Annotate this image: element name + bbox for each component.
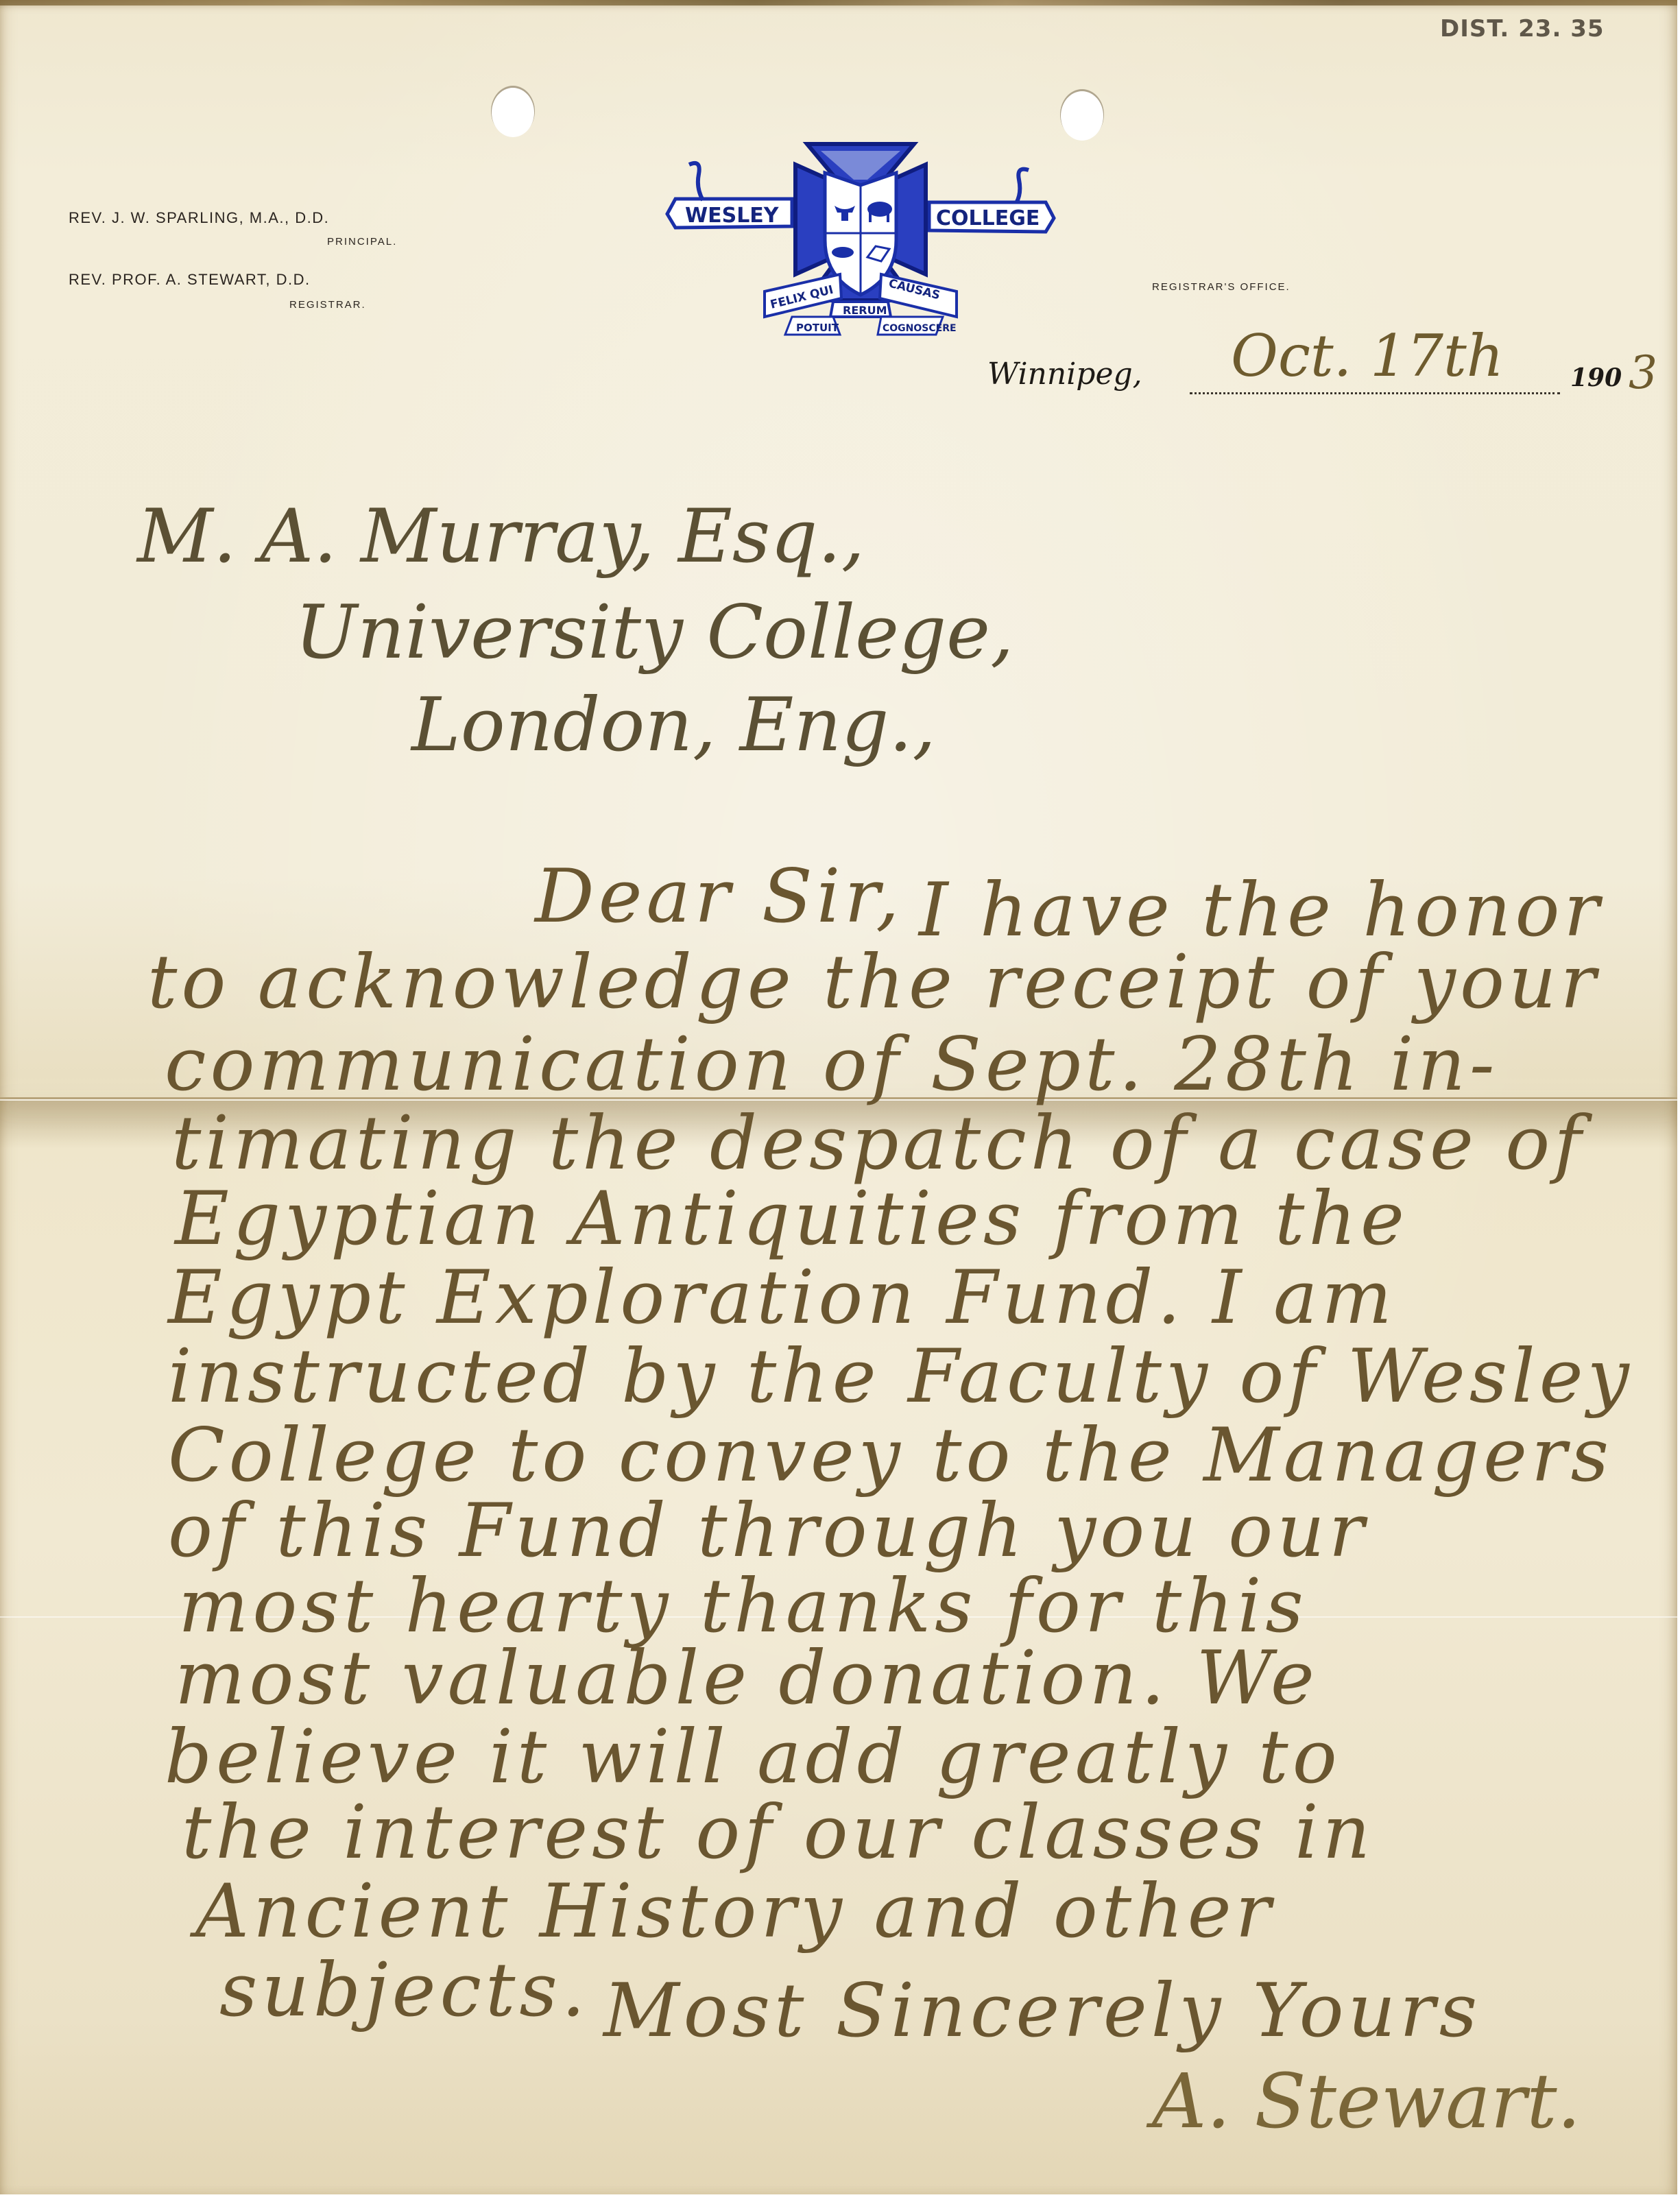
body-line: most valuable donation. We bbox=[175, 1636, 1319, 1721]
punch-hole-right bbox=[1061, 91, 1103, 141]
printed-year-prefix: 190 bbox=[1570, 363, 1622, 392]
body-line: Ancient History and other bbox=[195, 1869, 1275, 1954]
registrars-office-label: REGISTRAR'S OFFICE. bbox=[1152, 281, 1291, 293]
body-line: to acknowledge the receipt of your bbox=[147, 939, 1600, 1025]
address-line-3: London, Eng., bbox=[411, 682, 936, 768]
signature: A. Stewart. bbox=[1152, 2057, 1581, 2145]
salutation: Dear Sir, bbox=[535, 854, 903, 939]
body-line: Egypt Exploration Fund. I am bbox=[168, 1255, 1396, 1341]
archive-reference: DIST. 23. 35 bbox=[1440, 15, 1605, 43]
principal-name: REV. J. W. SPARLING, M.A., D.D. bbox=[69, 209, 329, 227]
body-line: believe it will add greatly to bbox=[165, 1714, 1341, 1800]
body-line: of this Fund through you our bbox=[168, 1488, 1368, 1574]
body-last-line: subjects. bbox=[219, 1948, 589, 2033]
body-line: Egyptian Antiquities from the bbox=[175, 1176, 1408, 1262]
paper-top-edge-stain bbox=[0, 0, 1677, 5]
address-line-2: University College, bbox=[295, 590, 1013, 675]
handwritten-year-digit: 3 bbox=[1629, 346, 1657, 399]
crest-right-banner: COLLEGE bbox=[936, 206, 1040, 230]
handwritten-date: Oct. 17th bbox=[1231, 322, 1504, 390]
closing: Most Sincerely Yours bbox=[603, 1968, 1481, 2054]
body-line: communication of Sept. 28th in- bbox=[165, 1022, 1498, 1107]
address-line-1: M. A. Murray, Esq., bbox=[137, 494, 865, 579]
body-line: instructed by the Faculty of Wesley bbox=[168, 1334, 1633, 1420]
registrar-title: REGISTRAR. bbox=[289, 299, 366, 311]
registrar-name: REV. PROF. A. STEWART, D.D. bbox=[69, 271, 311, 289]
body-line: College to convey to the Managers bbox=[168, 1413, 1613, 1498]
crest-motto-5: COGNOSCERE bbox=[883, 323, 957, 334]
principal-title: PRINCIPAL. bbox=[327, 236, 397, 248]
crest-motto-4: POTUIT bbox=[796, 322, 839, 334]
crest-motto-3: RERUM bbox=[843, 304, 887, 317]
body-line: timating the despatch of a case of bbox=[171, 1101, 1585, 1186]
wesley-college-crest-icon: WESLEY COLLEGE FELIX QUI CAUSAS RERUM PO… bbox=[662, 137, 1059, 336]
printed-place: Winnipeg, bbox=[987, 357, 1142, 392]
punch-hole-left bbox=[492, 88, 534, 137]
date-dotted-line bbox=[1190, 392, 1560, 394]
body-line: the interest of our classes in bbox=[182, 1790, 1374, 1876]
crest-left-banner: WESLEY bbox=[685, 204, 780, 228]
